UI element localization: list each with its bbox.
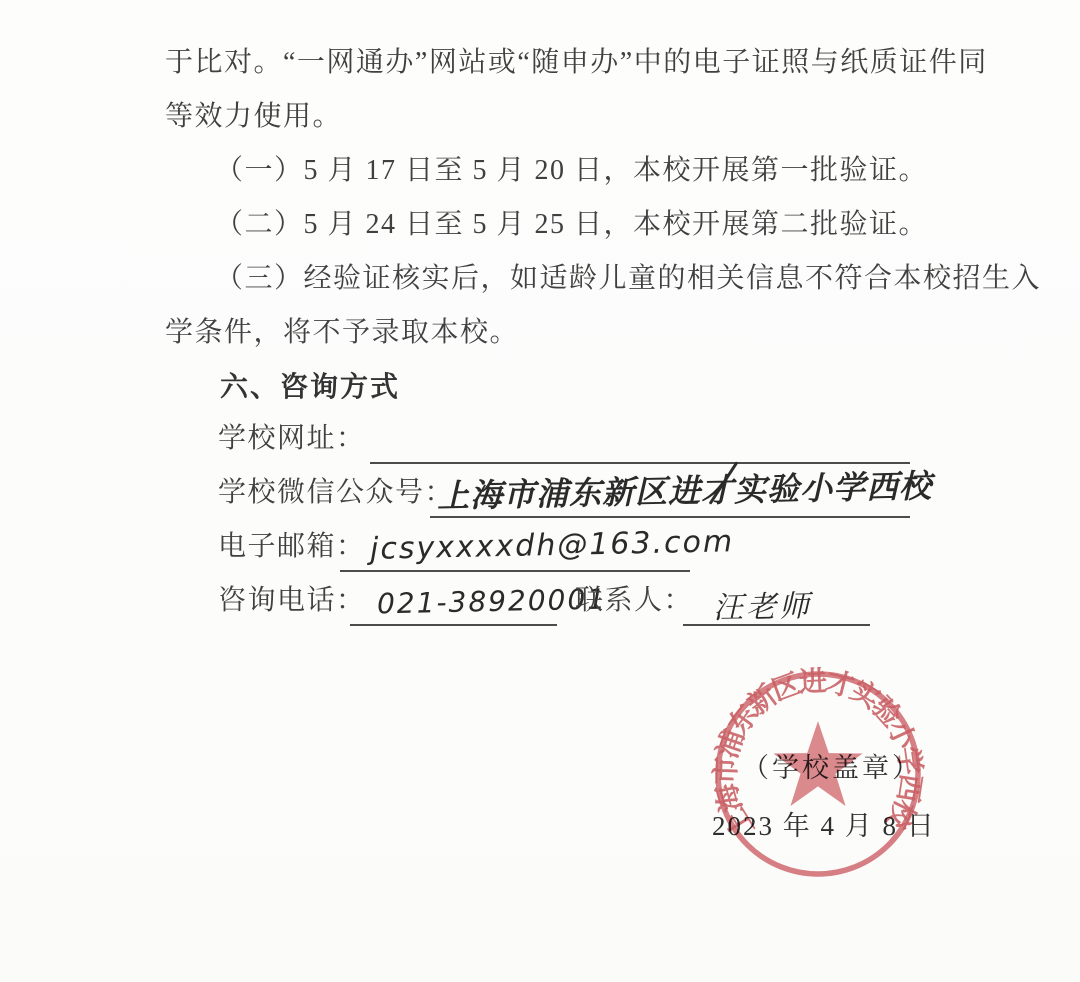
phone-blank-line: [350, 624, 557, 626]
school-seal-graphic: 上海市浦东新区进才实验小学西校: [708, 664, 928, 884]
body-text-line-item-2: （二）5 月 24 日至 5 月 25 日，本校开展第二批验证。: [165, 200, 913, 254]
body-text-line: 于比对。“一网通办”网站或“随申办”中的电子证照与纸质证件同: [165, 38, 913, 92]
wechat-row: 学校微信公众号： 上海市浦东新区进才实验小学西校: [165, 470, 913, 524]
wechat-handwritten-value: 上海市浦东新区进才实验小学西校: [437, 461, 933, 517]
school-seal: 上海市浦东新区进才实验小学西校: [708, 664, 928, 884]
website-label: 学校网址：: [218, 421, 366, 457]
email-label: 电子邮箱：: [218, 529, 366, 565]
body-text-line: 等效力使用。: [165, 92, 913, 146]
body-text-line-item-3: （三）经验证核实后，如适龄儿童的相关信息不符合本校招生入: [165, 254, 913, 308]
website-row: 学校网址：: [165, 416, 913, 470]
wechat-label: 学校微信公众号：: [218, 475, 454, 511]
body-text-line-item-1: （一）5 月 17 日至 5 月 20 日，本校开展第一批验证。: [165, 146, 913, 200]
seal-star-icon: [773, 721, 862, 806]
document-page: 于比对。“一网通办”网站或“随申办”中的电子证照与纸质证件同 等效力使用。 （一…: [0, 0, 1080, 982]
wechat-blank-line: [430, 516, 910, 518]
contact-person-handwritten-value: 汪老师: [713, 581, 813, 627]
phone-row: 咨询电话： 021-38920001 联系人： 汪老师: [165, 578, 913, 632]
email-blank-line: [340, 570, 690, 572]
contact-person-label: 联系人：: [575, 583, 693, 619]
body-text-column: 于比对。“一网通办”网站或“随申办”中的电子证照与纸质证件同 等效力使用。 （一…: [165, 38, 913, 632]
body-text-line: 学条件，将不予录取本校。: [165, 308, 913, 362]
section-heading: 六、咨询方式: [165, 362, 913, 416]
phone-label: 咨询电话：: [218, 583, 366, 619]
email-handwritten-value: jcsyxxxxdh@163.com: [370, 524, 735, 567]
phone-handwritten-value: 021-38920001: [377, 583, 608, 621]
email-row: 电子邮箱： jcsyxxxxdh@163.com: [165, 524, 913, 578]
